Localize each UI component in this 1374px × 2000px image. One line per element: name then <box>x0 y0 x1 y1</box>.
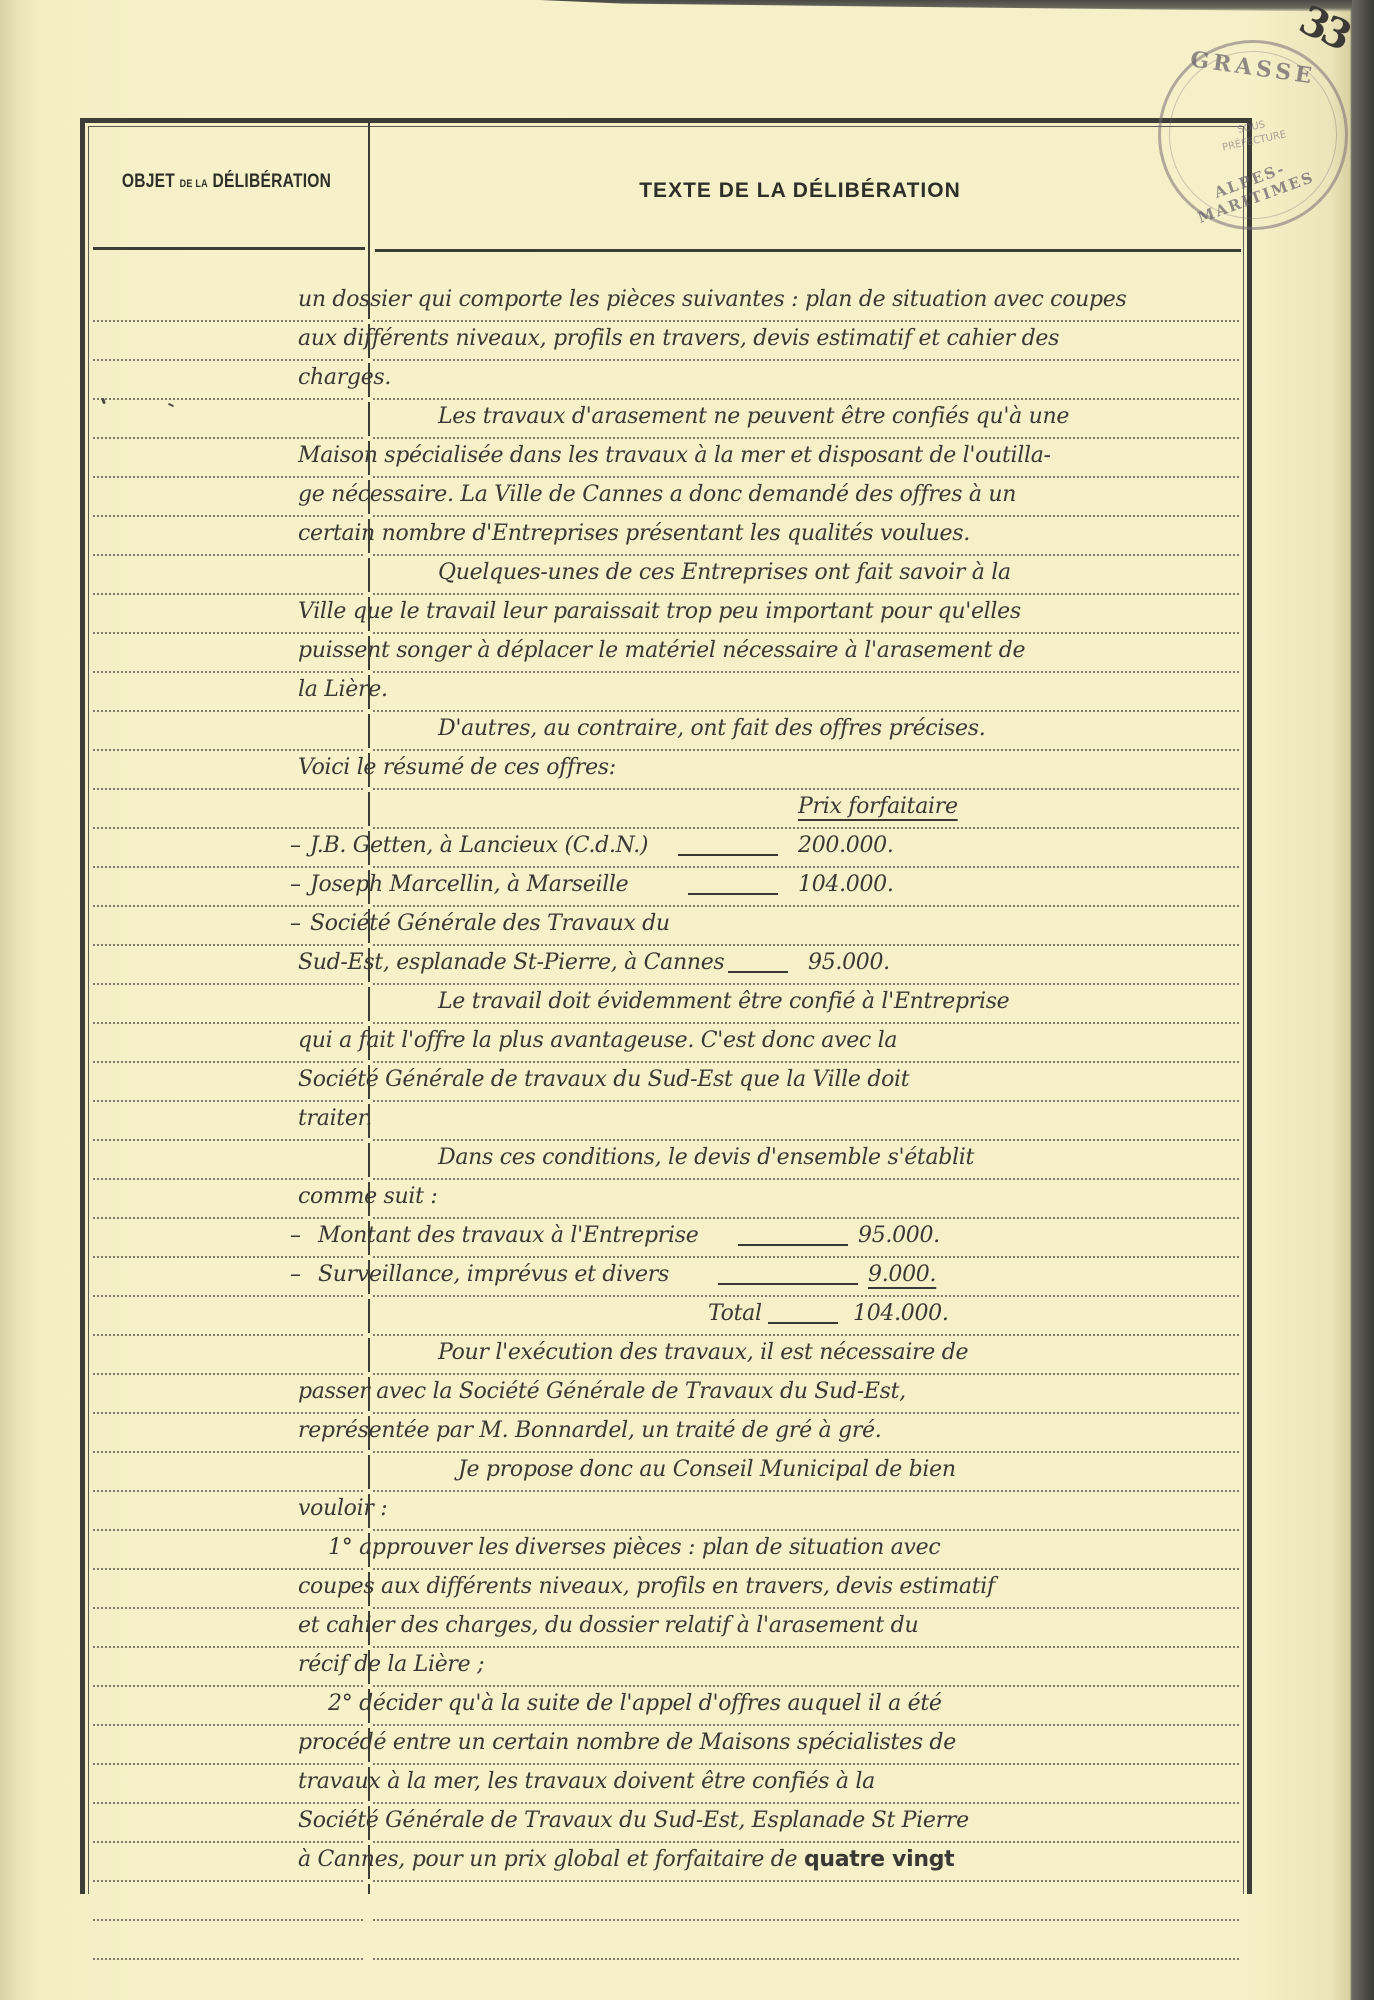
text-line: la Lière. <box>298 670 1148 709</box>
text-line: Société Générale de Travaux du Sud-Est, … <box>298 1801 1148 1840</box>
text-line: D'autres, au contraire, ont fait des off… <box>298 709 1148 748</box>
text-line: Quelques-unes de ces Entreprises ont fai… <box>298 553 1148 592</box>
offer-row: – Joseph Marcellin, à Marseille 104.000. <box>298 865 1148 904</box>
text-line: aux différents niveaux, profils en trave… <box>298 319 1148 358</box>
text-line: certain nombre d'Entreprises présentant … <box>298 514 1148 553</box>
text-line: Dans ces conditions, le devis d'ensemble… <box>298 1138 1148 1177</box>
estimate-row: – Surveillance, imprévus et divers 9.000… <box>298 1255 1148 1294</box>
estimate-amount: 9.000. <box>868 1255 936 1294</box>
text-line: Je propose donc au Conseil Municipal de … <box>298 1450 1148 1489</box>
text-line: puissent songer à déplacer le matériel n… <box>298 631 1148 670</box>
offers-heading-line: Prix forfaitaire <box>298 787 1148 826</box>
ruled-line <box>93 1919 1239 1921</box>
estimate-total-row: Total 104.000. <box>298 1294 1148 1333</box>
text-line: qui a fait l'offre la plus avantageuse. … <box>298 1021 1148 1060</box>
text-line: Maison spécialisée dans les travaux à la… <box>298 436 1148 475</box>
text-line: 1° approuver les diverses pièces : plan … <box>298 1528 1148 1567</box>
text-line: comme suit : <box>298 1177 1148 1216</box>
offer-name: J.B. Getten, à Lancieux (C.d.N.) <box>310 826 648 865</box>
text-line: charges. <box>298 358 1148 397</box>
text-line: Le travail doit évidemment être confié à… <box>298 982 1148 1021</box>
offer-price: 200.000. <box>798 826 894 865</box>
text-line: et cahier des charges, du dossier relati… <box>298 1606 1148 1645</box>
text-line: à Cannes, pour un prix global et forfait… <box>298 1840 1148 1879</box>
text-line: représentée par M. Bonnardel, un traité … <box>298 1411 1148 1450</box>
text-line: Société Générale de travaux du Sud-Est q… <box>298 1060 1148 1099</box>
estimate-row: – Montant des travaux à l'Entreprise 95.… <box>298 1216 1148 1255</box>
text-line: 2° décider qu'à la suite de l'appel d'of… <box>298 1684 1148 1723</box>
offer-price: 95.000. <box>808 943 890 982</box>
prefecture-stamp: GRASSE SOUS PRÉFECTURE ALPES-MARITIMES <box>1158 40 1348 230</box>
offer-price: 104.000. <box>798 865 894 904</box>
offer-row: Sud-Est, esplanade St-Pierre, à Cannes 9… <box>298 943 1148 982</box>
typed-amount-words: quatre vingt <box>804 1847 954 1872</box>
header-texte: TEXTE DE LA DÉLIBÉRATION <box>370 179 1230 203</box>
offer-row: – Société Générale des Travaux du <box>298 904 1148 943</box>
text-line: coupes aux différents niveaux, profils e… <box>298 1567 1148 1606</box>
offer-row: – J.B. Getten, à Lancieux (C.d.N.) 200.0… <box>298 826 1148 865</box>
estimate-amount: 95.000. <box>858 1216 940 1255</box>
header-objet: OBJET DE LA DÉLIBÉRATION <box>110 171 342 193</box>
table-header: OBJET DE LA DÉLIBÉRATION TEXTE DE LA DÉL… <box>85 123 1247 248</box>
estimate-total-label: Total <box>708 1294 762 1333</box>
book-binding-edge <box>1352 0 1374 2000</box>
ruled-line <box>93 1958 1239 1960</box>
text-line: Ville que le travail leur paraissait tro… <box>298 592 1148 631</box>
text-line: travaux à la mer, les travaux doivent êt… <box>298 1762 1148 1801</box>
text-line: traiter. <box>298 1099 1148 1138</box>
text-line: Pour l'exécution des travaux, il est néc… <box>298 1333 1148 1372</box>
text-line: procédé entre un certain nombre de Maiso… <box>298 1723 1148 1762</box>
offer-name: Société Générale des Travaux du <box>310 904 670 943</box>
offers-column-heading: Prix forfaitaire <box>798 787 958 826</box>
estimate-label: Montant des travaux à l'Entreprise <box>318 1216 698 1255</box>
text-line: Les travaux d'arasement ne peuvent être … <box>298 397 1148 436</box>
offer-name: Joseph Marcellin, à Marseille <box>310 865 628 904</box>
ruled-line <box>93 1880 1239 1882</box>
text-line: Voici le résumé de ces offres: <box>298 748 1148 787</box>
estimate-label: Surveillance, imprévus et divers <box>318 1255 669 1294</box>
offer-name: Sud-Est, esplanade St-Pierre, à Cannes <box>298 943 724 982</box>
text-line: ge nécessaire. La Ville de Cannes a donc… <box>298 475 1148 514</box>
text-line: passer avec la Société Générale de Trava… <box>298 1372 1148 1411</box>
text-line: un dossier qui comporte les pièces suiva… <box>298 280 1148 319</box>
estimate-total-amount: 104.000. <box>853 1294 949 1333</box>
text-line: récif de la Lière ; <box>298 1645 1148 1684</box>
text-line: vouloir : <box>298 1489 1148 1528</box>
